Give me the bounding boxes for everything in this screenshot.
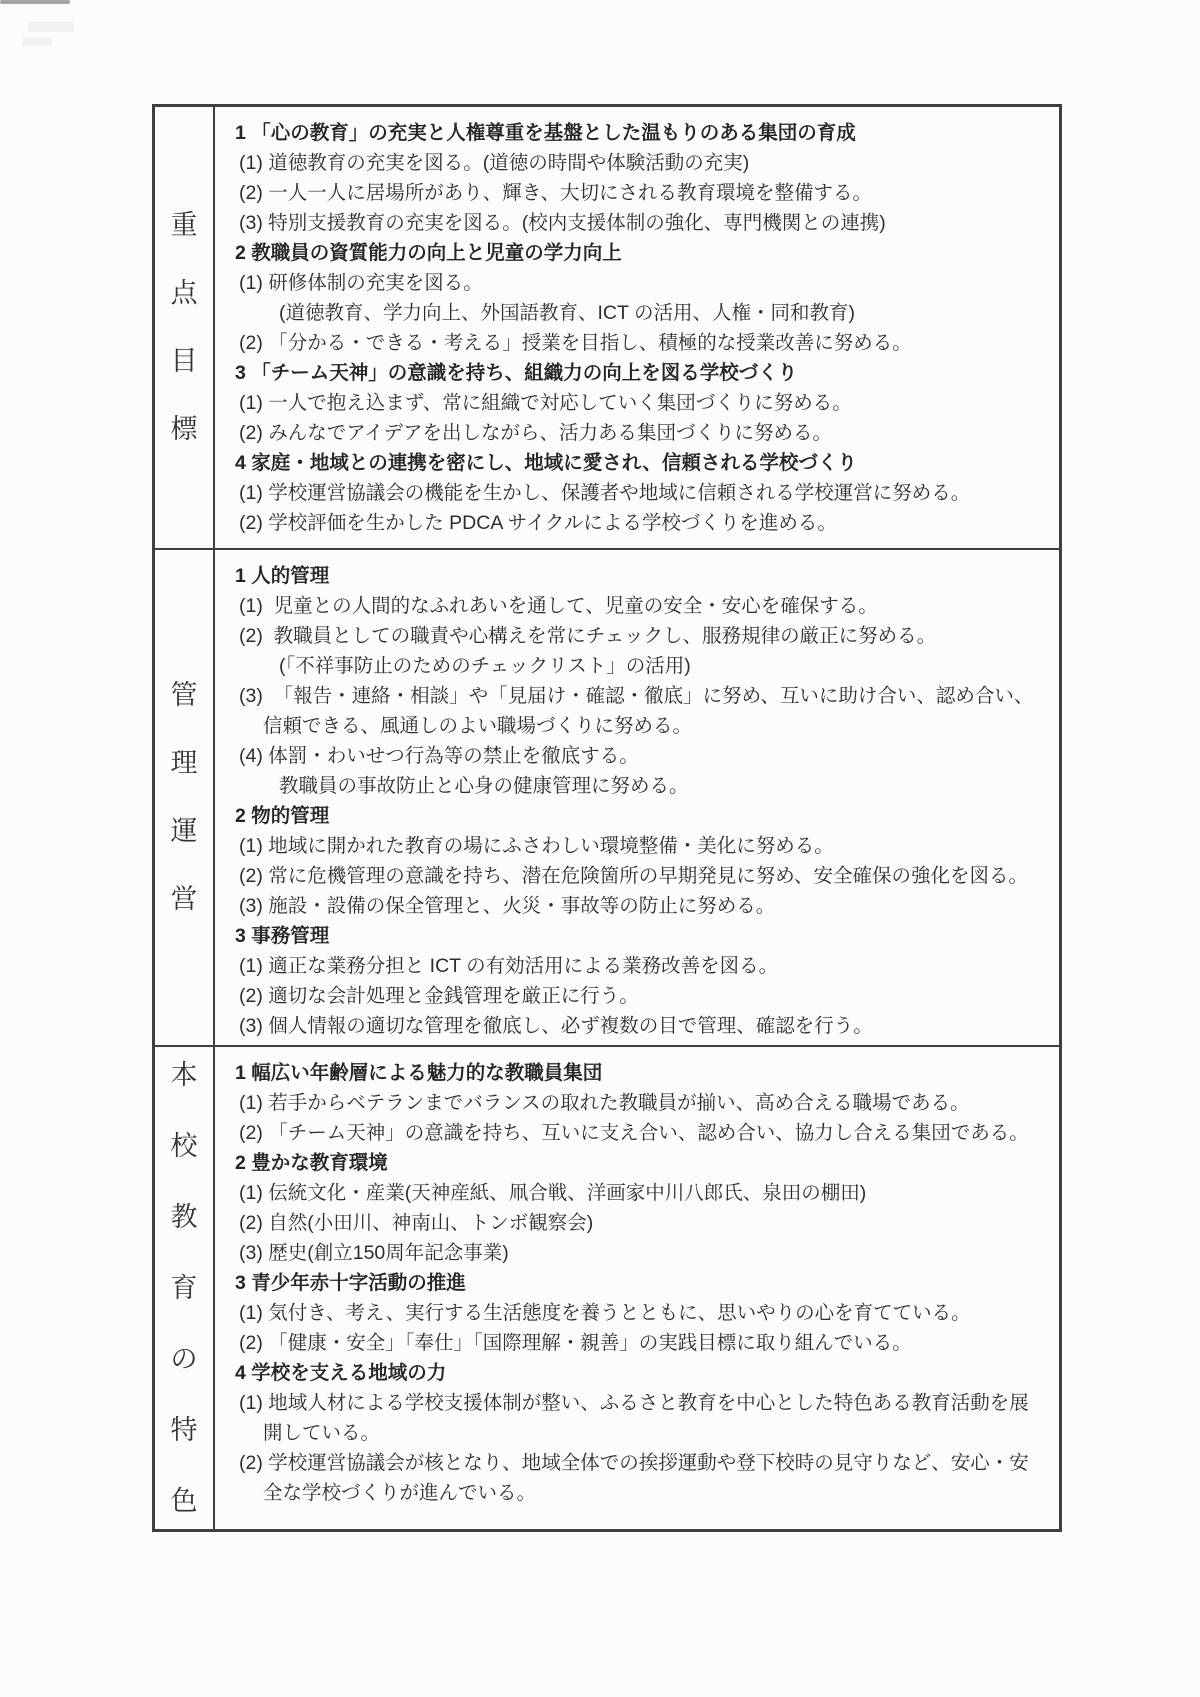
text-line: (2) 学校運営協議会が核となり、地域全体での挨拶運動や登下校時の見守りなど、安… [227,1448,1045,1508]
text-line: (3) 歴史(創立150周年記念事業) [227,1238,1045,1268]
row-header-char: 目 [171,348,198,375]
text-line: (3) 個人情報の適切な管理を徹底し、必ず複数の目で管理、確認を行う。 [227,1011,1045,1041]
text-line: (1) 道徳教育の充実を図る。(道徳の時間や体験活動の充実) [227,148,1045,178]
text-line: (2) 「チーム天神」の意識を持ち、互いに支え合い、認め合い、協力し合える集団で… [227,1118,1045,1148]
content-school-features: 1 幅広い年齢層による魅力的な教職員集団(1) 若手からベテランまでバランスの取… [215,1047,1059,1529]
text-line: (1) 学校運営協議会の機能を生かし、保護者や地域に信頼される学校運営に努める。 [227,478,1045,508]
row-header-char: 色 [171,1488,198,1515]
section-priority-goals: 重点目標 1 「心の教育」の充実と人権尊重を基盤とした温もりのある集団の育成(1… [155,107,1059,550]
text-line: (2) みんなでアイデアを出しながら、活力ある集団づくりに努める。 [227,418,1045,448]
text-line: (2) 教職員としての職責や心構えを常にチェックし、服務規律の厳正に努める。 [227,621,1045,651]
text-line: 3 青少年赤十字活動の推進 [227,1268,1045,1298]
row-header-char: 運 [171,818,198,845]
text-line: (1) 気付き、考え、実行する生活態度を養うとともに、思いやりの心を育てている。 [227,1298,1045,1328]
row-header-char: 校 [171,1133,198,1160]
row-header-char: 理 [171,750,198,777]
text-line: (1) 児童との人間的なふれあいを通して、児童の安全・安心を確保する。 [227,591,1045,621]
section-school-features: 本校教育の特色 1 幅広い年齢層による魅力的な教職員集団(1) 若手からベテラン… [155,1047,1059,1529]
text-line: 1 「心の教育」の充実と人権尊重を基盤とした温もりのある集団の育成 [227,118,1045,148]
text-line: (2) 「健康・安全」「奉仕」「国際理解・親善」の実践目標に取り組んでいる。 [227,1328,1045,1358]
text-line: (3) 施設・設備の保全管理と、火災・事故等の防止に努める。 [227,891,1045,921]
row-header-char: 本 [171,1062,198,1089]
text-line: 4 家庭・地域との連携を密にし、地域に愛され、信頼される学校づくり [227,448,1045,478]
row-header-char: 標 [171,416,198,443]
text-line: (3) 「報告・連絡・相談」や「見届け・確認・徹底」に努め、互いに助け合い、認め… [227,681,1045,741]
text-line: (2) 学校評価を生かした PDCA サイクルによる学校づくりを進める。 [227,508,1045,538]
scan-artifact [22,38,52,46]
text-line: 1 幅広い年齢層による魅力的な教職員集団 [227,1058,1045,1088]
row-header-priority-goals: 重点目標 [155,107,215,548]
text-line: 3 「チーム天神」の意識を持ち、組織力の向上を図る学校づくり [227,358,1045,388]
row-header-char: 教 [171,1204,198,1231]
text-line: (1) 伝統文化・産業(天神産紙、凧合戦、洋画家中川八郎氏、泉田の棚田) [227,1178,1045,1208]
row-header-char: 点 [171,280,198,307]
text-line: (2) 常に危機管理の意識を持ち、潜在危険箇所の早期発見に努め、安全確保の強化を… [227,861,1045,891]
row-header-management-operations: 管理運営 [155,550,215,1045]
text-line: (1) 適正な業務分担と ICT の有効活用による業務改善を図る。 [227,951,1045,981]
text-line: 3 事務管理 [227,921,1045,951]
row-header-char: 育 [171,1275,198,1302]
section-management-operations: 管理運営 1 人的管理(1) 児童との人間的なふれあいを通して、児童の安全・安心… [155,550,1059,1047]
text-line: 4 学校を支える地域の力 [227,1358,1045,1388]
row-header-char: 管 [171,682,198,709]
text-line: (4) 体罰・わいせつ行為等の禁止を徹底する。 [227,741,1045,771]
school-plan-table: 重点目標 1 「心の教育」の充実と人権尊重を基盤とした温もりのある集団の育成(1… [152,104,1062,1532]
text-line: 教職員の事故防止と心身の健康管理に努める。 [227,771,1045,801]
text-line: 2 教職員の資質能力の向上と児童の学力向上 [227,238,1045,268]
row-header-char: 特 [171,1417,198,1444]
text-line: (2) 自然(小田川、神南山、トンボ観察会) [227,1208,1045,1238]
text-line: (1) 研修体制の充実を図る。 [227,268,1045,298]
scan-artifact [0,0,70,4]
text-line: (道徳教育、学力向上、外国語教育、ICT の活用、人権・同和教育) [227,298,1045,328]
text-line: 2 豊かな教育環境 [227,1148,1045,1178]
text-line: (「不祥事防止のためのチェックリスト」の活用) [227,651,1045,681]
row-header-school-features: 本校教育の特色 [155,1047,215,1529]
content-management-operations: 1 人的管理(1) 児童との人間的なふれあいを通して、児童の安全・安心を確保する… [215,550,1059,1045]
text-line: (1) 若手からベテランまでバランスの取れた教職員が揃い、高め合える職場である。 [227,1088,1045,1118]
row-header-char: の [171,1346,198,1373]
text-line: (1) 地域に開かれた教育の場にふさわしい環境整備・美化に努める。 [227,831,1045,861]
text-line: (1) 地域人材による学校支援体制が整い、ふるさと教育を中心とした特色ある教育活… [227,1388,1045,1448]
content-priority-goals: 1 「心の教育」の充実と人権尊重を基盤とした温もりのある集団の育成(1) 道徳教… [215,107,1059,548]
text-line: (2) 一人一人に居場所があり、輝き、大切にされる教育環境を整備する。 [227,178,1045,208]
text-line: (1) 一人で抱え込まず、常に組織で対応していく集団づくりに努める。 [227,388,1045,418]
text-line: (2) 適切な会計処理と金銭管理を厳正に行う。 [227,981,1045,1011]
row-header-char: 重 [171,212,198,239]
text-line: 1 人的管理 [227,561,1045,591]
text-line: (2) 「分かる・できる・考える」授業を目指し、積極的な授業改善に努める。 [227,328,1045,358]
text-line: 2 物的管理 [227,801,1045,831]
text-line: (3) 特別支援教育の充実を図る。(校内支援体制の強化、専門機関との連携) [227,208,1045,238]
scanned-document-page: { "table": { "colors": { "border": "#3f3… [0,0,1200,1697]
scan-artifact [28,22,74,32]
row-header-char: 営 [171,886,198,913]
